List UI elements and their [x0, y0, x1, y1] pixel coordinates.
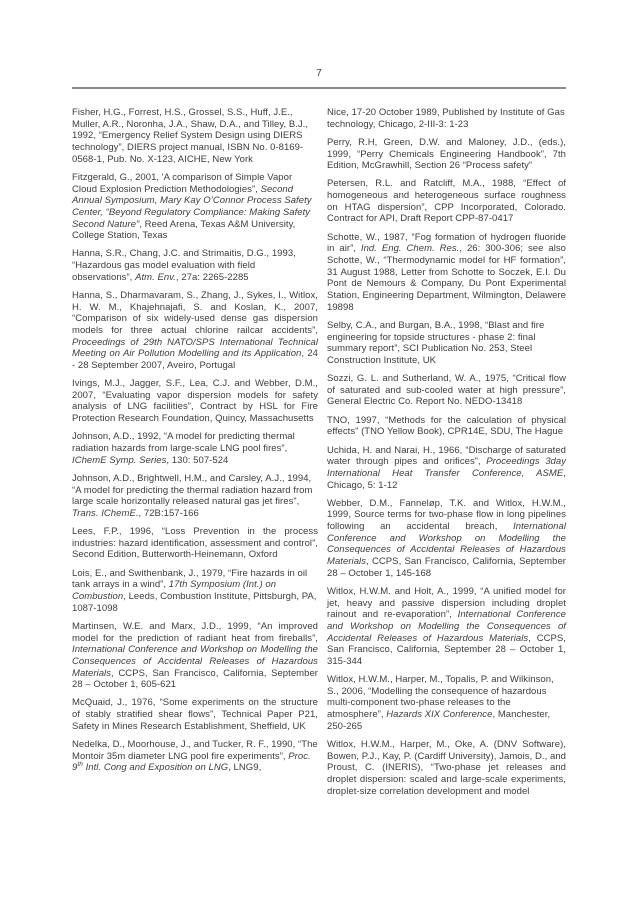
reference-paragraph: McQuaid, J., 1976, “Some experiments on …	[72, 697, 318, 732]
reference-text-segment: Sozzi, G. L. and Sutherland, W. A., 1975…	[327, 373, 566, 407]
reference-text-segment: , 27a: 2265-2285	[176, 272, 249, 283]
reference-text-segment: Ind. Eng. Chem. Res.	[361, 243, 459, 254]
reference-paragraph: Witlox, H.W.M. and Holt, A., 1999, “A un…	[327, 586, 566, 668]
reference-paragraph: Nedelka, D., Moorhouse, J., and Tucker, …	[72, 739, 318, 774]
reference-text-segment: Witlox, H.W.M., Harper, M., Oke, A. (DNV…	[327, 739, 566, 797]
reference-paragraph: Ivings, M.J., Jagger, S.F., Lea, C.J. an…	[72, 378, 318, 425]
reference-text-segment: Nedelka, D., Moorhouse, J., and Tucker, …	[72, 739, 318, 762]
references-column-right: Nice, 17-20 October 1989, Published by I…	[327, 107, 566, 804]
reference-text-segment: Intl. Cong and Exposition on LNG	[83, 762, 228, 773]
reference-paragraph: Petersen, R.L. and Ratcliff, M.A., 1988,…	[327, 178, 566, 225]
reference-text-segment: Lees, F.P., 1996, “Loss Prevention in th…	[72, 526, 318, 560]
reference-paragraph: Lees, F.P., 1996, “Loss Prevention in th…	[72, 526, 318, 561]
header-rule	[72, 87, 566, 89]
reference-paragraph: Johnson, A.D., 1992, “A model for predic…	[72, 431, 318, 466]
reference-paragraph: Nice, 17-20 October 1989, Published by I…	[327, 107, 566, 130]
reference-text-segment: Perry, R.H, Green, D.W. and Maloney, J.D…	[327, 137, 566, 171]
reference-text-segment: TNO, 1997, “Methods for the calculation …	[327, 415, 566, 438]
reference-text-segment: Martinsen, W.E. and Marx, J.D., 1999, “A…	[72, 621, 318, 644]
reference-text-segment: , 72B:157-166	[139, 508, 199, 519]
reference-text-segment: Nice, 17-20 October 1989, Published by I…	[327, 107, 565, 130]
reference-paragraph: Perry, R.H, Green, D.W. and Maloney, J.D…	[327, 137, 566, 172]
reference-paragraph: Witlox, H.W.M., Harper, M., Oke, A. (DNV…	[327, 739, 566, 797]
reference-text-segment: Johnson, A.D., 1992, “A model for predic…	[72, 431, 295, 454]
reference-text-segment: Trans. IChemE.	[72, 508, 139, 519]
reference-paragraph: TNO, 1997, “Methods for the calculation …	[327, 415, 566, 438]
reference-text-segment: Proceedings of 29th NATO/SPS Internation…	[72, 337, 318, 360]
page-number: 7	[0, 68, 638, 80]
reference-paragraph: Uchida, H. and Narai, H., 1966, “Dischar…	[327, 445, 566, 492]
reference-paragraph: Witlox, H.W.M., Harper, M., Topalis, P. …	[327, 674, 566, 732]
reference-paragraph: Sozzi, G. L. and Sutherland, W. A., 1975…	[327, 373, 566, 408]
reference-paragraph: Fitzgerald, G., 2001, 'A comparison of S…	[72, 172, 318, 242]
reference-text-segment: Johnson, A.D., Brightwell, H.M., and Car…	[72, 473, 312, 507]
document-page: 7 Fisher, H.G., Forrest, H.S., Grossel, …	[0, 0, 638, 903]
reference-paragraph: Hanna, S.R., Chang, J.C. and Strimaitis,…	[72, 248, 318, 283]
reference-text-segment: Ivings, M.J., Jagger, S.F., Lea, C.J. an…	[72, 378, 318, 424]
reference-text-segment: Hazards XIX Conference	[386, 709, 492, 720]
reference-text-segment: Hanna, S., Dharmavaram, S., Zhang, J., S…	[72, 290, 318, 336]
reference-text-segment: , 130: 507-524	[166, 455, 228, 466]
reference-text-segment: McQuaid, J., 1976, “Some experiments on …	[72, 697, 318, 731]
reference-paragraph: Fisher, H.G., Forrest, H.S., Grossel, S.…	[72, 107, 318, 165]
reference-paragraph: Martinsen, W.E. and Marx, J.D., 1999, “A…	[72, 621, 318, 691]
reference-text-segment: Fisher, H.G., Forrest, H.S., Grossel, S.…	[72, 107, 308, 165]
reference-paragraph: Schotte, W., 1987, “Fog formation of hyd…	[327, 232, 566, 314]
reference-text-segment: , LNG9,	[228, 762, 261, 773]
reference-text-segment: Fitzgerald, G., 2001, 'A comparison of S…	[72, 172, 292, 195]
reference-text-segment: Selby, C.A., and Burgan, B.A., 1998, “Bl…	[327, 320, 544, 366]
reference-text-segment: IChemE Symp. Series	[72, 455, 166, 466]
reference-paragraph: Webber, D.M., Fanneløp, T.K. and Witlox,…	[327, 498, 566, 580]
reference-text-segment: Atm. Env.	[135, 272, 176, 283]
references-section: Fisher, H.G., Forrest, H.S., Grossel, S.…	[72, 107, 566, 804]
references-column-left: Fisher, H.G., Forrest, H.S., Grossel, S.…	[72, 107, 318, 804]
reference-paragraph: Lois, E., and Swithenbank, J., 1979, “Fi…	[72, 568, 318, 615]
reference-text-segment: Petersen, R.L. and Ratcliff, M.A., 1988,…	[327, 178, 566, 224]
reference-paragraph: Johnson, A.D., Brightwell, H.M., and Car…	[72, 473, 318, 520]
reference-paragraph: Selby, C.A., and Burgan, B.A., 1998, “Bl…	[327, 320, 566, 367]
reference-paragraph: Hanna, S., Dharmavaram, S., Zhang, J., S…	[72, 290, 318, 372]
